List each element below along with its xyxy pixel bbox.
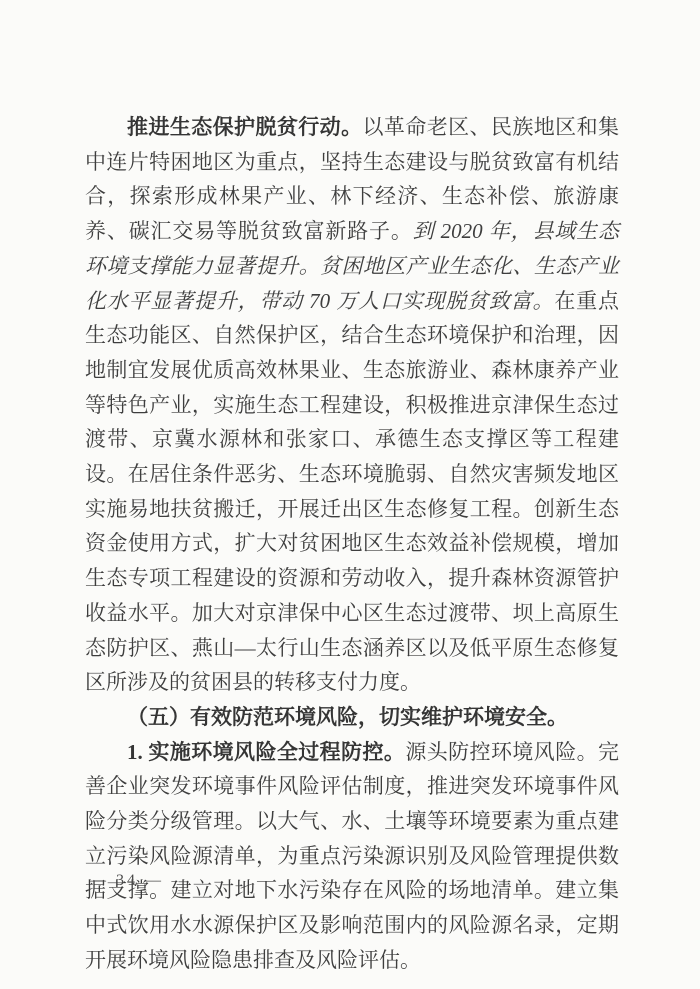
text-segment-normal: 源头防控环境风险。完善企业突发环境事件风险评估制度，推进突发环境事件风险分类分级…: [85, 740, 619, 972]
text-segment-bold: 推进生态保护脱贫行动。: [127, 115, 363, 139]
text-segment-bold: （五）有效防范环境风险，切实维护环境安全。: [127, 705, 568, 729]
paragraph: 推进生态保护脱贫行动。以革命老区、民族地区和集中连片特困地区为重点，坚持生态建设…: [85, 110, 619, 700]
section-heading: （五）有效防范环境风险，切实维护环境安全。: [85, 700, 619, 735]
page-number: — 34 —: [90, 872, 164, 890]
document-page: 推进生态保护脱贫行动。以革命老区、民族地区和集中连片特困地区为重点，坚持生态建设…: [0, 0, 700, 989]
document-body: 推进生态保护脱贫行动。以革命老区、民族地区和集中连片特困地区为重点，坚持生态建设…: [85, 110, 619, 978]
text-segment-normal: 在重点生态功能区、自然保护区，结合生态环境保护和治理，因地制宜发展优质高效林果业…: [85, 289, 619, 695]
paragraph: 1. 实施环境风险全过程防控。源头防控环境风险。完善企业突发环境事件风险评估制度…: [85, 735, 619, 978]
text-segment-bold: 1. 实施环境风险全过程防控。: [127, 740, 405, 764]
